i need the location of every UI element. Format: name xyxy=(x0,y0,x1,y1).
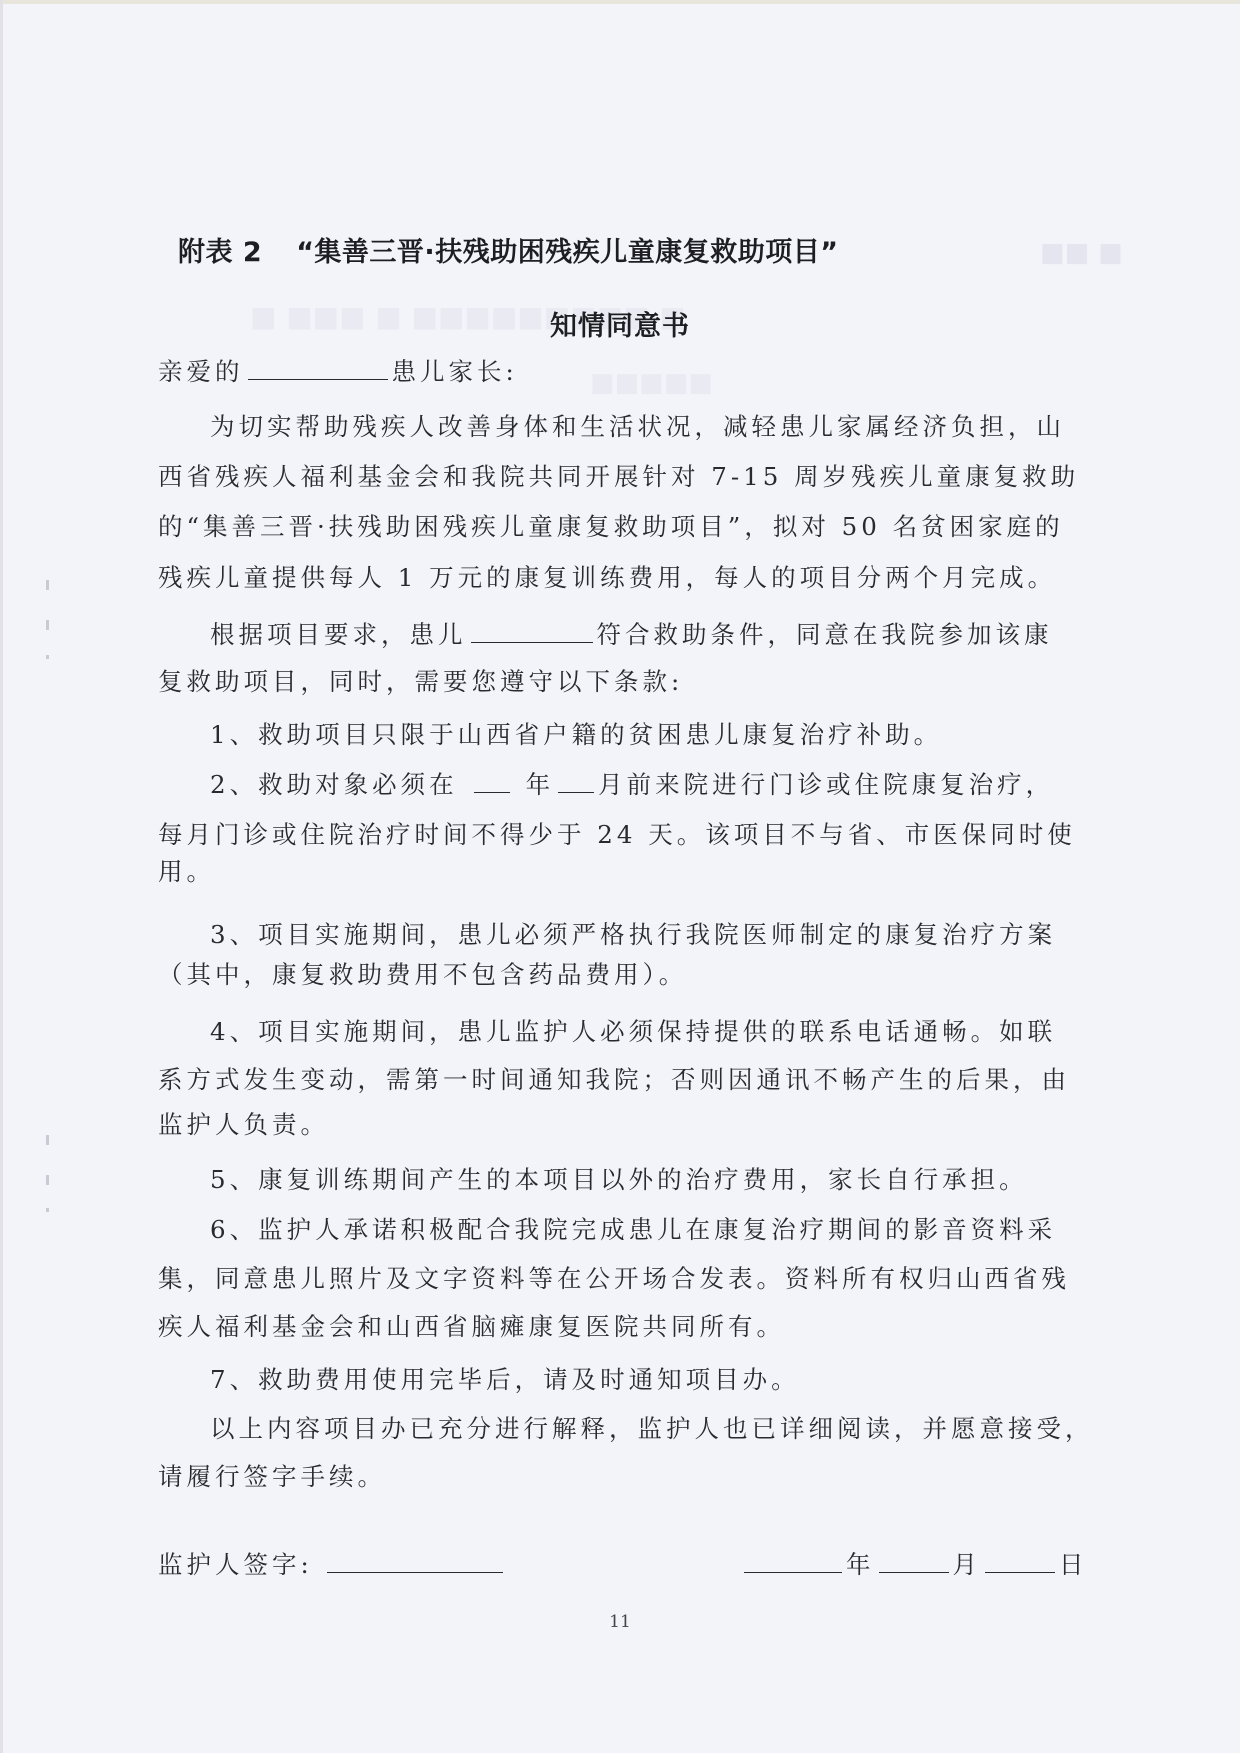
clause-4-line-3: 监护人负责。 xyxy=(158,1108,1088,1142)
binding-hole-mark xyxy=(46,620,49,630)
salutation: 亲爱的患儿家长: xyxy=(158,355,1088,389)
date-month-blank[interactable] xyxy=(879,1550,949,1573)
eligibility-prefix: 根据项目要求，患儿 xyxy=(210,620,467,649)
scan-edge-left xyxy=(0,0,3,1753)
intro-line-1: 为切实帮助残疾人改善身体和生活状况，减轻患儿家属经济负担，山 xyxy=(210,410,1140,444)
child-name-blank[interactable] xyxy=(471,620,593,643)
clause-2-year-label: 年 xyxy=(526,770,555,799)
date-year-blank[interactable] xyxy=(744,1550,842,1573)
clause-2-suffix: 月前来院进行门诊或住院康复治疗， xyxy=(598,770,1054,799)
clause-7: 7、救助费用使用完毕后，请及时通知项目办。 xyxy=(210,1363,1140,1397)
clause-3-line-1: 3、项目实施期间，患儿必须严格执行我院医师制定的康复治疗方案 xyxy=(210,918,1140,952)
signature-blank[interactable] xyxy=(327,1550,503,1573)
month-blank[interactable] xyxy=(558,770,594,793)
bleed-through-shadow: ■■ ■ xyxy=(1040,238,1123,268)
signature-row: 监护人签字: 年月日 xyxy=(158,1548,1088,1582)
clause-6-line-2: 集，同意患儿照片及文字资料等在公开场合发表。资料所有权归山西省残 xyxy=(158,1262,1088,1296)
date-day-blank[interactable] xyxy=(985,1550,1055,1573)
document-subtitle: 知情同意书 xyxy=(0,304,1240,343)
date-day-label: 日 xyxy=(1059,1550,1088,1579)
page-number: 11 xyxy=(0,1612,1240,1632)
year-blank[interactable] xyxy=(474,770,510,793)
clause-1: 1、救助项目只限于山西省户籍的贫困患儿康复治疗补助。 xyxy=(210,718,1140,752)
clause-4-line-1: 4、项目实施期间，患儿监护人必须保持提供的联系电话通畅。如联 xyxy=(210,1015,1140,1049)
salutation-suffix: 患儿家长: xyxy=(392,357,518,386)
clause-4-line-2: 系方式发生变动，需第一时间通知我院；否则因通讯不畅产生的后果，由 xyxy=(158,1063,1088,1097)
date-fields: 年月日 xyxy=(740,1548,1088,1582)
intro-line-2: 西省残疾人福利基金会和我院共同开展针对 7-15 周岁残疾儿童康复救助 xyxy=(158,460,1088,494)
salutation-prefix: 亲爱的 xyxy=(158,357,244,386)
binding-hole-mark xyxy=(46,580,49,590)
date-year-label: 年 xyxy=(846,1550,875,1579)
eligibility-line-2: 复救助项目，同时，需要您遵守以下条款: xyxy=(158,665,1088,699)
binding-hole-mark xyxy=(46,1208,49,1212)
binding-hole-mark xyxy=(46,1135,49,1145)
eligibility-line-1: 根据项目要求，患儿符合救助条件，同意在我院参加该康 xyxy=(210,618,1140,652)
clause-2-line-3: 用。 xyxy=(158,855,1088,889)
signature-label: 监护人签字: xyxy=(158,1550,313,1579)
clause-2-line-2: 每月门诊或住院治疗时间不得少于 24 天。该项目不与省、市医保同时使 xyxy=(158,818,1088,852)
intro-line-4: 残疾儿童提供每人 1 万元的康复训练费用，每人的项目分两个月完成。 xyxy=(158,561,1088,595)
attachment-label: 附表 2 xyxy=(178,237,262,268)
date-month-label: 月 xyxy=(953,1550,982,1579)
clause-5: 5、康复训练期间产生的本项目以外的治疗费用，家长自行承担。 xyxy=(210,1163,1140,1197)
clause-6-line-3: 疾人福利基金会和山西省脑瘫康复医院共同所有。 xyxy=(158,1310,1088,1344)
clause-6-line-1: 6、监护人承诺积极配合我院完成患儿在康复治疗期间的影音资料采 xyxy=(210,1213,1140,1247)
scan-edge-top xyxy=(0,0,1240,4)
project-name: “集善三晋·扶残助困残疾儿童康复救助项目” xyxy=(296,237,838,268)
document-title: 附表 2“集善三晋·扶残助困残疾儿童康复救助项目” xyxy=(178,230,838,269)
binding-hole-mark xyxy=(46,1175,49,1185)
clause-3-line-2: （其中，康复救助费用不包含药品费用）。 xyxy=(158,958,1088,992)
intro-line-3: 的“集善三晋·扶残助困残疾儿童康复救助项目”，拟对 50 名贫困家庭的 xyxy=(158,510,1088,544)
parent-name-blank[interactable] xyxy=(248,357,388,380)
closing-line-2: 请履行签字手续。 xyxy=(158,1460,1088,1494)
clause-2-prefix: 2、救助对象必须在 xyxy=(210,770,458,799)
clause-2-line-1: 2、救助对象必须在年月前来院进行门诊或住院康复治疗， xyxy=(210,768,1140,802)
binding-hole-mark xyxy=(46,655,49,659)
eligibility-suffix: 符合救助条件，同意在我院参加该康 xyxy=(597,620,1053,649)
closing-line-1: 以上内容项目办已充分进行解释，监护人也已详细阅读，并愿意接受， xyxy=(210,1412,1140,1446)
